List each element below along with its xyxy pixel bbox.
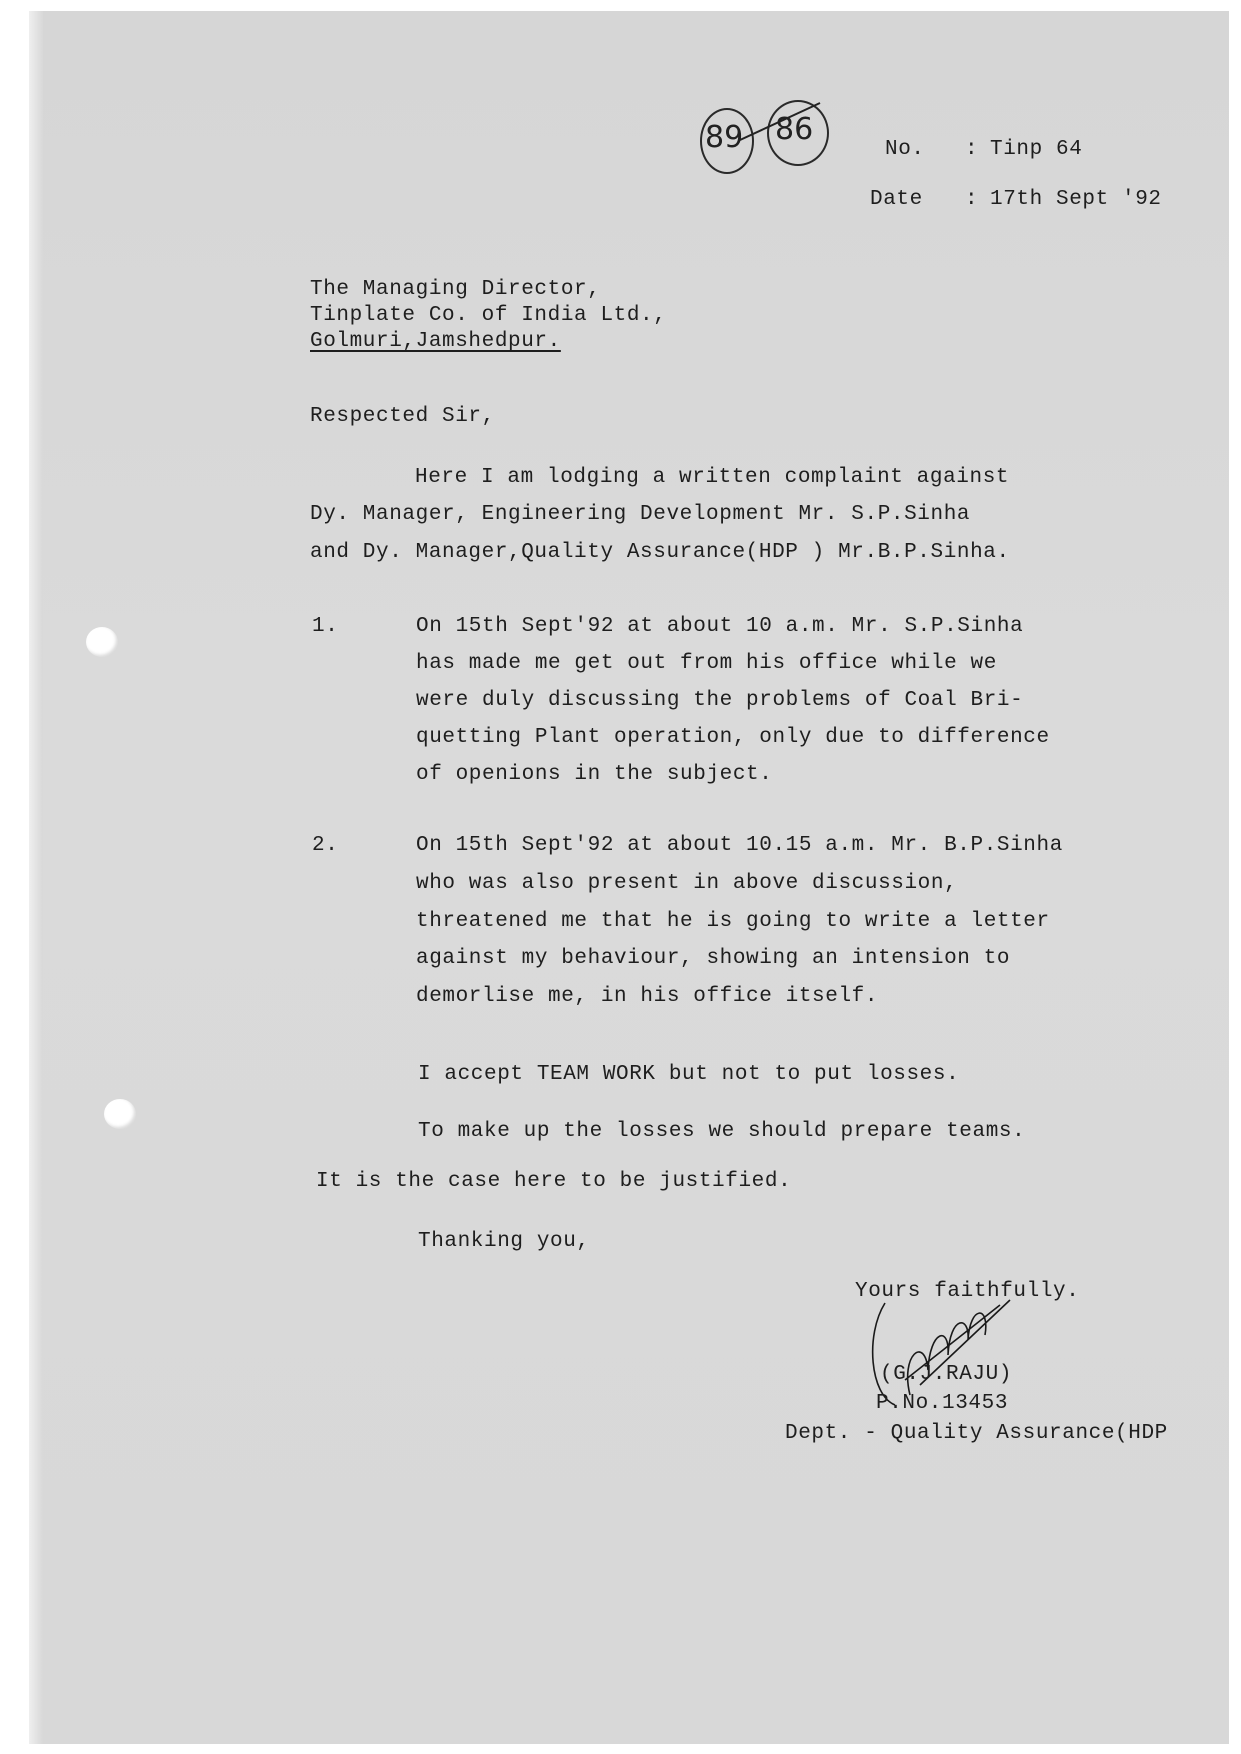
intro-line-3: and Dy. Manager,Quality Assurance(HDP ) …	[310, 541, 1010, 565]
addressee-line-1: The Managing Director,	[310, 278, 600, 302]
point-2-line-3: threatened me that he is going to write …	[416, 910, 1050, 934]
number-sep: :	[965, 138, 978, 162]
reference-number: Tinp 64	[990, 138, 1082, 162]
point-1-line-3: were duly discussing the problems of Coa…	[416, 689, 1023, 713]
addressee-line-3: Golmuri,Jamshedpur.	[310, 330, 561, 354]
point-2-line-5: demorlise me, in his office itself.	[416, 985, 878, 1009]
intro-line-2: Dy. Manager, Engineering Development Mr.…	[310, 503, 970, 527]
intro-line-1: Here I am lodging a written complaint ag…	[415, 466, 1009, 490]
point-2-line-1: On 15th Sept'92 at about 10.15 a.m. Mr. …	[416, 834, 1063, 858]
punch-hole-top	[86, 627, 118, 657]
thanks: Thanking you,	[418, 1230, 590, 1254]
closing-line-2: To make up the losses we should prepare …	[418, 1120, 1025, 1144]
point-1-line-2: has made me get out from his office whil…	[416, 652, 997, 676]
point-1-line-5: of openions in the subject.	[416, 763, 772, 787]
strike-line	[700, 95, 840, 155]
addressee-line-2: Tinplate Co. of India Ltd.,	[310, 304, 666, 328]
point-1-line-1: On 15th Sept'92 at about 10 a.m. Mr. S.P…	[416, 615, 1023, 639]
personal-number: P.No.13453	[876, 1392, 1008, 1416]
point-2-line-4: against my behaviour, showing an intensi…	[416, 947, 1010, 971]
punch-hole-bottom	[104, 1099, 136, 1129]
point-2-number: 2.	[312, 834, 338, 858]
signatory-name: (G.J.RAJU)	[880, 1363, 1012, 1387]
department: Dept. - Quality Assurance(HDP	[785, 1422, 1168, 1446]
point-2-line-2: who was also present in above discussion…	[416, 872, 957, 896]
number-label: No.	[885, 138, 925, 162]
point-1-line-4: quetting Plant operation, only due to di…	[416, 726, 1050, 750]
date-label: Date	[870, 188, 923, 212]
closing-line-3: It is the case here to be justified.	[316, 1170, 791, 1194]
date-sep: :	[965, 188, 978, 212]
point-1-number: 1.	[312, 615, 338, 639]
salutation: Respected Sir,	[310, 405, 495, 429]
closing-line-1: I accept TEAM WORK but not to put losses…	[418, 1063, 959, 1087]
letter-date: 17th Sept '92	[990, 188, 1162, 212]
